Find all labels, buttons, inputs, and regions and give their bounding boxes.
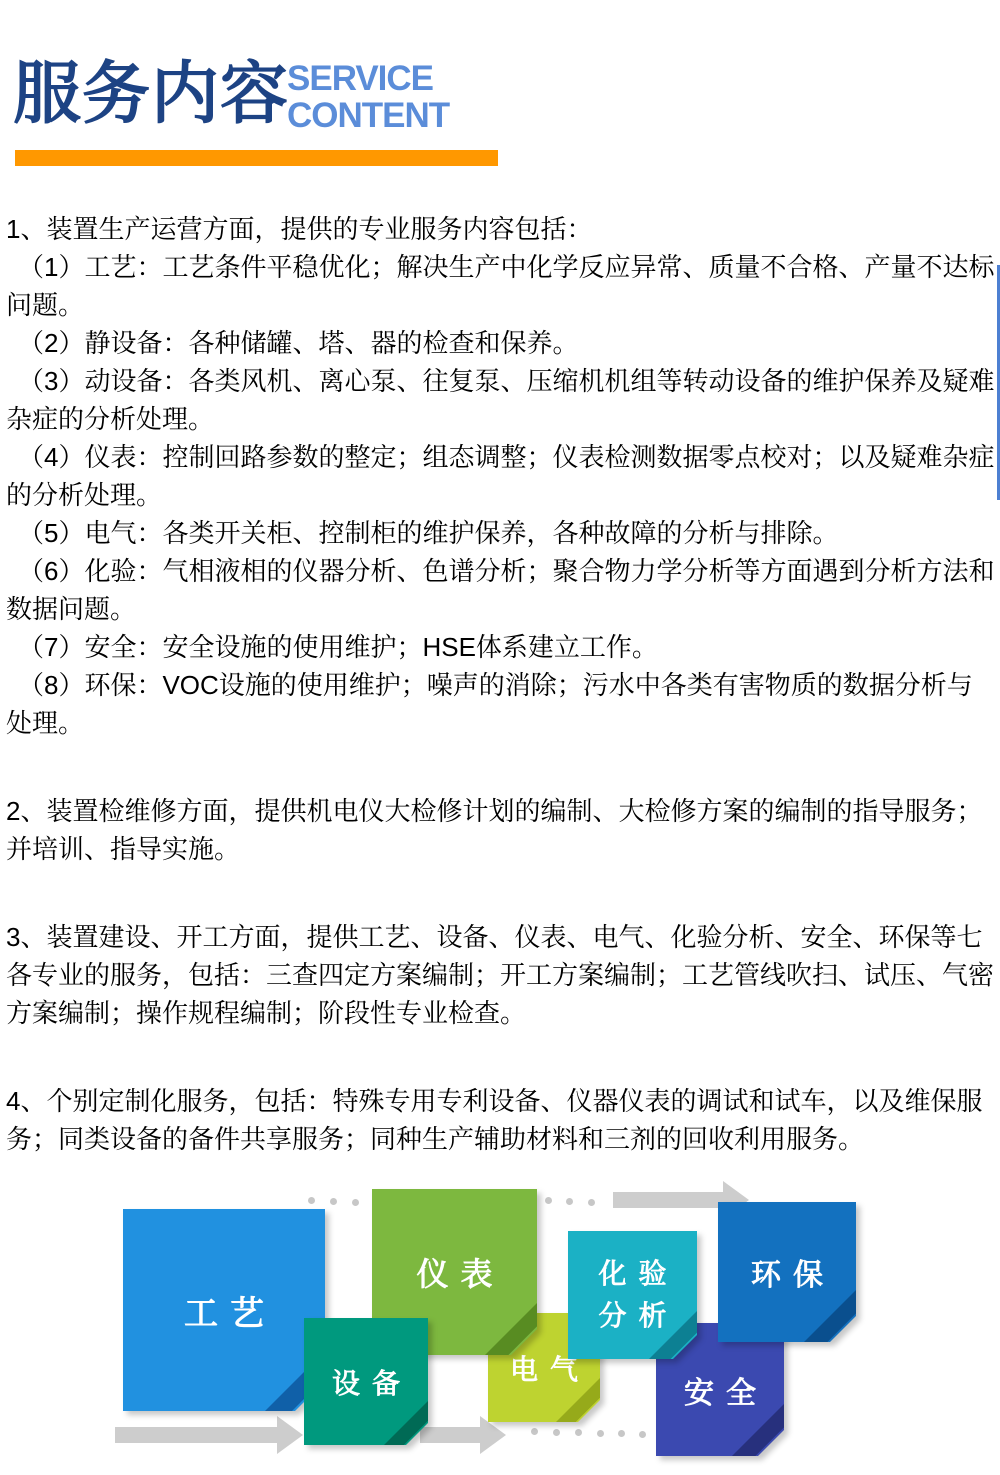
page: 服务内容 SERVICE CONTENT 1、装置生产运营方面，提供的专业服务内… xyxy=(0,0,1000,1475)
note-face: 化验 分析 xyxy=(568,1231,697,1359)
dot xyxy=(597,1430,604,1437)
note-fold-corner-icon xyxy=(732,1404,784,1456)
list-item: （2）静设备：各种储罐、塔、器的检查和保养。 xyxy=(6,324,996,362)
page-title: 服务内容 xyxy=(13,52,289,136)
dot xyxy=(639,1431,646,1438)
arrow-shaft xyxy=(115,1427,277,1443)
note-fold-corner-icon xyxy=(804,1290,856,1342)
arrow-head xyxy=(277,1416,303,1454)
note-label: 工艺 xyxy=(184,1286,276,1335)
dot xyxy=(352,1199,359,1206)
section-1-intro: 1、装置生产运营方面，提供的专业服务内容包括： xyxy=(6,210,996,248)
list-item: （3）动设备：各类风机、离心泵、往复泵、压缩机机组等转动设备的维护保养及疑难杂症… xyxy=(6,362,996,438)
dot xyxy=(308,1197,315,1204)
dot xyxy=(588,1199,595,1206)
dot xyxy=(545,1197,552,1204)
page-subtitle-line2: CONTENT xyxy=(287,97,449,134)
arrow-shaft xyxy=(420,1427,480,1443)
dot xyxy=(618,1430,625,1437)
sticky-note-equipment: 设备 xyxy=(304,1318,428,1445)
sticky-note-environment: 环保 xyxy=(718,1202,856,1342)
arrow-right-icon xyxy=(115,1416,303,1454)
sticky-note-process: 工艺 xyxy=(123,1209,325,1411)
page-subtitle-line1: SERVICE xyxy=(287,60,449,97)
note-label: 设备 xyxy=(332,1362,412,1402)
section-3-paragraph: 3、装置建设、开工方面，提供工艺、设备、仪表、电气、化验分析、安全、环保等七各专… xyxy=(6,918,996,1032)
sticky-note-lab-analysis: 化验 分析 xyxy=(568,1231,697,1359)
arrow-shaft xyxy=(613,1192,723,1208)
note-fold-corner-icon xyxy=(384,1401,428,1445)
section-2-paragraph: 2、装置检维修方面，提供机电仪大检修计划的编制、大检修方案的编制的指导服务；并培… xyxy=(6,792,996,868)
list-item: （8）环保：VOC设施的使用维护；噪声的消除；污水中各类有害物质的数据分析与处理… xyxy=(6,666,996,742)
note-label: 分析 xyxy=(598,1295,678,1337)
note-label: 环保 xyxy=(751,1250,835,1294)
section-4-paragraph: 4、个别定制化服务，包括：特殊专用专利设备、仪器仪表的调试和试车，以及维保服务；… xyxy=(6,1082,996,1158)
list-item: （1）工艺：工艺条件平稳优化；解决生产中化学反应异常、质量不合格、产量不达标问题… xyxy=(6,248,996,324)
list-item: （4）仪表：控制回路参数的整定；组态调整；仪表检测数据零点校对；以及疑难杂症的分… xyxy=(6,438,996,514)
note-label: 化验 xyxy=(598,1253,678,1295)
note-label: 安全 xyxy=(684,1368,768,1412)
list-item: （7）安全：安全设施的使用维护；HSE体系建立工作。 xyxy=(6,628,996,666)
title-underline-bar xyxy=(15,150,498,166)
dot xyxy=(553,1429,560,1436)
note-fold-corner-icon xyxy=(485,1303,537,1355)
list-item: （6）化验：气相液相的仪器分析、色谱分析；聚合物力学分析等方面遇到分析方法和数据… xyxy=(6,552,996,628)
dot xyxy=(566,1198,573,1205)
dot xyxy=(531,1428,538,1435)
service-content-text: 1、装置生产运营方面，提供的专业服务内容包括： （1）工艺：工艺条件平稳优化；解… xyxy=(6,210,996,1158)
note-label: 仪表 xyxy=(416,1249,504,1295)
dot xyxy=(575,1429,582,1436)
dot xyxy=(330,1198,337,1205)
service-flow-diagram: 工艺 仪表 设备 电气 化验 分析 xyxy=(0,1185,1000,1475)
note-face: 设备 xyxy=(304,1318,428,1445)
note-face: 环保 xyxy=(718,1202,856,1342)
note-face: 工艺 xyxy=(123,1209,325,1411)
list-item: （5）电气：各类开关柜、控制柜的维护保养，各种故障的分析与排除。 xyxy=(6,514,996,552)
page-subtitle: SERVICE CONTENT xyxy=(287,60,449,134)
